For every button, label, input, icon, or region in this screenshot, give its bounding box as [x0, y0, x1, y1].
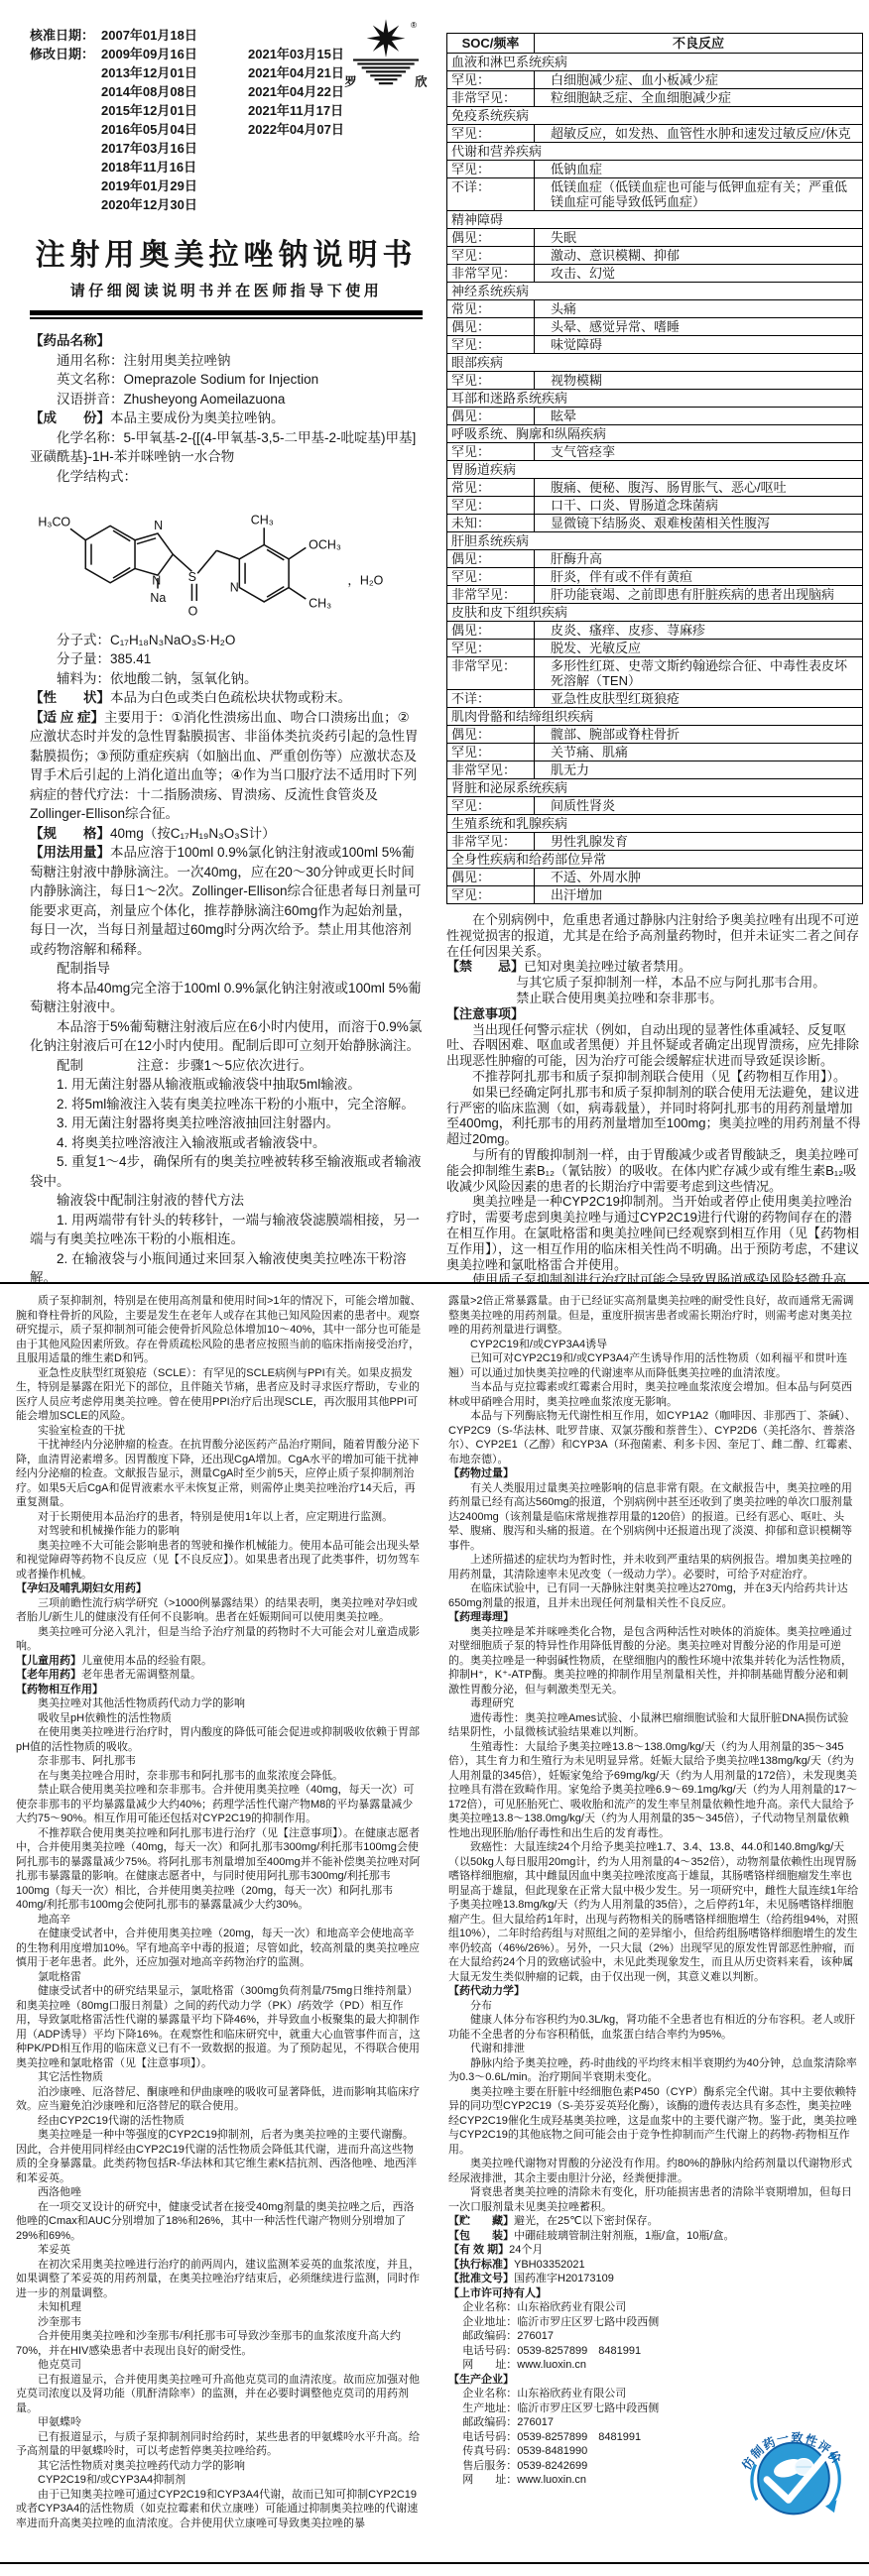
hydrate-label: ，H₂O — [347, 574, 383, 588]
frequency-cell: 非常罕见： — [447, 265, 535, 283]
frequency-cell: 罕见： — [447, 744, 535, 761]
table-row: 呼吸系统、胸廓和纵隔疾病 — [447, 425, 863, 443]
paragraph: 对驾驶和机械操作能力的影响 — [16, 1524, 423, 1539]
paragraph: 网 址：www.luoxin.cn — [448, 2358, 859, 2373]
reaction-cell: 不适、外周水肿 — [534, 869, 862, 886]
frequency-cell: 罕见： — [447, 161, 535, 178]
soc-section-cell: 呼吸系统、胸廓和纵隔疾病 — [447, 425, 863, 443]
paragraph: 毒理研究 — [448, 1697, 859, 1711]
paragraph: 上述所描述的症状均为暂时性，并未收到严重结果的病例报告。增加奥美拉唑的用药剂量，… — [448, 1553, 859, 1581]
paragraph: 他克莫司 — [16, 2358, 423, 2373]
atom-label-n1: N — [154, 519, 163, 532]
section-label: 【贮 藏】 — [448, 2215, 514, 2227]
paragraph: 本品与下列酶底物无代谢性相互作用，如CYP1A2（咖啡因、非那西丁、茶碱）、CY… — [448, 1409, 859, 1466]
table-row: 肾脏和泌尿系统疾病 — [447, 779, 863, 797]
section-label: 【用法用量】 — [30, 845, 110, 860]
section-label: 【禁 忌】 — [446, 959, 524, 974]
paragraph: 西洛他唑 — [16, 2185, 423, 2200]
table-row: 代谢和营养疾病 — [447, 143, 863, 161]
paragraph: 【药物相互作用】 — [16, 1683, 423, 1698]
frequency-cell: 罕见： — [447, 886, 535, 904]
chemical-structure: H₃CO N N Na S O CH₃ OCH₃ CH₃ N ，H₂O — [34, 490, 423, 629]
reaction-cell: 头痛 — [534, 300, 862, 318]
right-column: SOC/频率不良反应血液和淋巴系统疾病罕见：白细胞减少症、血小板减少症非常罕见：… — [434, 0, 869, 1282]
table-row: 神经系统疾病 — [447, 283, 863, 300]
table-row: 精神障碍 — [447, 211, 863, 229]
paragraph: 奥美拉唑是一种CYP2C19抑制剂。当开始或者停止使用奥美拉唑治疗时，需要考虑到… — [446, 1194, 863, 1272]
bottom-section: 质子泵抑制剂，特别是在使用高剂量和使用时间>1年的情况下，可能会增加髋、腕和脊柱… — [0, 1282, 869, 2576]
chemical-structure-diagram: H₃CO N N Na S O CH₃ OCH₃ CH₃ N ，H₂O — [34, 490, 415, 623]
frequency-cell: 偶见： — [447, 869, 535, 886]
frequency-cell: 非常罕见： — [447, 586, 535, 604]
table-header-cell: 不良反应 — [534, 34, 862, 54]
registered-mark: ® — [411, 21, 417, 30]
frequency-cell: 非常罕见： — [447, 833, 535, 851]
paragraph: 企业地址：临沂市罗庄区罗七路中段西侧 — [448, 2315, 859, 2330]
paragraph: 奥美拉唑可分泌入乳汁，但是当给予治疗剂量的药物时不大可能会对儿童造成影响。 — [16, 1625, 423, 1654]
paragraph: 2020年12月30日 — [101, 195, 248, 214]
approval-date-label: 核准日期： — [30, 26, 101, 45]
paragraph: 在使用奥美拉唑进行治疗时，胃内酸度的降低可能会促进或抑制吸收依赖于胃部pH值的活… — [16, 1725, 423, 1754]
paragraph: 如果已经确定阿扎那韦和质子泵抑制剂的联合使用无法避免，建议进行严密的临床监测（如… — [446, 1085, 863, 1147]
luoxin-logo-graphic: ® 罗 欣 — [343, 12, 429, 103]
atom-label-n3: N — [230, 580, 239, 594]
frequency-cell: 罕见： — [447, 497, 535, 515]
paragraph: 奈非那韦、阿扎那韦 — [16, 1754, 423, 1769]
paragraph: 已有报道显示，合并使用奥美拉唑可升高他克莫司的血清浓度。故而应加强对他克莫司浓度… — [16, 2373, 423, 2416]
paragraph: CYP2C19和/或CYP3A4抑制剂 — [16, 2473, 423, 2488]
frequency-cell: 偶见： — [447, 408, 535, 425]
paragraph: 2009年09月16日 — [101, 45, 248, 63]
section-label: 【批准文号】 — [448, 2273, 514, 2284]
reaction-cell: 肝酶升高 — [534, 550, 862, 568]
paragraph: 分布 — [448, 1999, 859, 2014]
table-row: 血液和淋巴系统疾病 — [447, 54, 863, 71]
paragraph: 英文名称：Omeprazole Sodium for Injection — [30, 370, 423, 390]
table-row: 罕见：白细胞减少症、血小板减少症 — [447, 71, 863, 89]
section-label: 【规 格】 — [30, 826, 110, 841]
paragraph: 2019年01月29日 — [101, 176, 248, 195]
frequency-cell: 偶见： — [447, 726, 535, 744]
paragraph: 在初次采用奥美拉唑进行治疗的前两周内，建议监测苯妥英的血浆浓度，并且，如果调整了… — [16, 2258, 423, 2301]
soc-section-cell: 全身性疾病和给药部位异常 — [447, 851, 863, 869]
soc-section-cell: 代谢和营养疾病 — [447, 143, 863, 161]
table-row: 非常罕见：攻击、幻觉 — [447, 265, 863, 283]
frequency-cell: 常见： — [447, 300, 535, 318]
paragraph: 禁止联合使用奥美拉唑和奈非那韦。 — [446, 991, 863, 1006]
paragraph: 奥美拉唑是苯并咪唑类化合物，是包含两种活性对映体的消旋体。奥美拉唑通过对壁细胞质… — [448, 1625, 859, 1698]
paragraph: 在临床试验中，已有同一天静脉注射奥美拉唑达270mg，并在3天内给药共计达650… — [448, 1581, 859, 1610]
paragraph: 已有报道显示，与质子泵抑制剂同时给药时，某些患者的甲氨蝶呤水平升高。给予高剂量的… — [16, 2430, 423, 2459]
reaction-cell: 髋部、腕部或脊柱骨折 — [534, 726, 862, 744]
soc-frequency-table: SOC/频率不良反应血液和淋巴系统疾病罕见：白细胞减少症、血小板减少症非常罕见：… — [446, 33, 863, 904]
paragraph: 化学结构式： — [30, 467, 423, 487]
table-row: 罕见：间质性肾炎 — [447, 797, 863, 815]
reaction-cell: 低钠血症 — [534, 161, 862, 178]
paragraph: 合并使用奥美拉唑和沙奎那韦/利托那韦可导致沙奎那韦的血浆浓度升高大约70%，并在… — [16, 2329, 423, 2358]
paragraph: 吸收呈pH依赖性的活性物质 — [16, 1711, 423, 1726]
table-row: 生殖系统和乳腺疾病 — [447, 815, 863, 833]
paragraph: 汉语拼音：Zhusheyong Aomeilazuona — [30, 390, 423, 410]
paragraph: 沙奎那韦 — [16, 2315, 423, 2330]
page-bottom-rule — [0, 2562, 869, 2564]
table-row: 免疫系统疾病 — [447, 107, 863, 125]
frequency-cell: 不详： — [447, 690, 535, 708]
reaction-cell: 视物模糊 — [534, 372, 862, 390]
paragraph: 1. 用两端带有针头的转移针，一端与输液袋滤膜端相接，另一端与有奥美拉唑冻干粉的… — [30, 1211, 423, 1249]
paragraph: 【禁 忌】已知对奥美拉唑过敏者禁用。 — [446, 959, 863, 975]
reaction-cell: 腹痛、便秘、腹泻、肠胃胀气、恶心/呕吐 — [534, 479, 862, 497]
table-row: 偶见：髋部、腕部或脊柱骨折 — [447, 726, 863, 744]
paragraph: 已知可对CYP2C19和/或CYP3A4产生诱导作用的活性物质（如利福平和贯叶连… — [448, 1351, 859, 1380]
paragraph: 输液袋中配制注射液的替代方法 — [30, 1191, 423, 1211]
paragraph: 苯妥英 — [16, 2243, 423, 2258]
paragraph: 不推荐联合使用奥美拉唑和阿扎那韦进行治疗（见【注意事项】）。在健康志愿者中，合并… — [16, 1826, 423, 1913]
table-row: 偶见：不适、外周水肿 — [447, 869, 863, 886]
paragraph: 5. 重复1～4步，确保所有的奥美拉唑被转移至输液瓶或者输液袋中。 — [30, 1152, 423, 1191]
paragraph: 分子量：385.41 — [30, 649, 423, 669]
revision-date-label: 修改日期： — [30, 45, 101, 214]
paragraph: 分子式：C₁₇H₁₈N₃NaO₃S·H₂O — [30, 631, 423, 650]
paragraph: 【执行标准】YBH03352021 — [448, 2258, 859, 2273]
paragraph: 亚急性皮肤型红斑狼疮（SCLE）：有罕见的SCLE病例与PPI有关。如果皮损发生… — [16, 1366, 423, 1424]
table-row: 肌肉骨骼和结缔组织疾病 — [447, 708, 863, 726]
reaction-cell: 间质性肾炎 — [534, 797, 862, 815]
approval-date-value: 2007年01月18日 — [101, 26, 197, 45]
soc-section-cell: 皮肤和皮下组织疾病 — [447, 604, 863, 622]
table-row: 偶见：失眠 — [447, 229, 863, 247]
paragraph: 其它活性物质 — [16, 2070, 423, 2085]
paragraph: 奥美拉唑是一种中等强度的CYP2C19抑制剂，后者为奥美拉唑的主要代谢酶。因此，… — [16, 2128, 423, 2185]
section-label: 【有 效 期】 — [448, 2244, 509, 2256]
paragraph: 【上市许可持有人】 — [448, 2286, 859, 2301]
paragraph: 其它活性物质对奥美拉唑药代动力学的影响 — [16, 2459, 423, 2474]
frequency-cell: 常见： — [447, 479, 535, 497]
page-title: 注射用奥美拉唑钠说明书 — [30, 230, 423, 274]
bottom-right-column: 露量>2倍正常暴露量。由于已经证实高剂量奥美拉唑的耐受性良好，故而通常无需调整奥… — [434, 1284, 869, 2576]
table-row: 罕见：脱发、光敏反应 — [447, 640, 863, 657]
paragraph: 邮政编码：276017 — [448, 2329, 859, 2344]
frequency-cell: 罕见： — [447, 336, 535, 354]
brand-char-left: 罗 — [344, 74, 356, 89]
package-insert-page: 核准日期： 2007年01月18日 修改日期： 2009年09月16日2013年… — [0, 0, 869, 2576]
section-label: 【适 应 症】 — [30, 710, 104, 725]
reaction-cell: 白细胞减少症、血小板减少症 — [534, 71, 862, 89]
frequency-cell: 偶见： — [447, 550, 535, 568]
reaction-cell: 粒细胞缺乏症、全血细胞减少症 — [534, 89, 862, 107]
reaction-cell: 低镁血症（低镁血症也可能与低钾血症有关；严重低镁血症可能导致低钙血症） — [534, 178, 862, 211]
paragraph: 肾衰患者奥美拉唑的清除未有变化，肝功能损害患者的清除半衰期增加，但每日一次口服剂… — [448, 2185, 859, 2214]
paragraph: 奥美拉唑对其他活性物质药代动力学的影响 — [16, 1697, 423, 1711]
paragraph: 2016年05月04日 — [101, 120, 248, 139]
paragraph: 在一项交叉设计的研究中，健康受试者在接受40mg剂量的奥美拉唑之后，西洛他唑的C… — [16, 2200, 423, 2244]
frequency-cell: 偶见： — [447, 229, 535, 247]
paragraph: 奥美拉唑代谢物对胃酸的分泌没有作用。约80%的静脉内给药剂量以代谢物形式经尿液排… — [448, 2157, 859, 2185]
paragraph: 2018年11月16日 — [101, 158, 248, 176]
paragraph: 【药品名称】 — [30, 331, 423, 351]
atom-label-na: Na — [150, 591, 166, 605]
paragraph: 【用法用量】本品应溶于100ml 0.9%氯化钠注射液或100ml 5%葡萄糖注… — [30, 843, 423, 959]
consistency-evaluation-logo: 仿制药一致性评价 — [730, 2403, 857, 2530]
reaction-cell: 关节痛、肌痛 — [534, 744, 862, 761]
section-label: 【包 装】 — [448, 2230, 514, 2242]
table-row: 偶见：皮炎、瘙痒、皮疹、荨麻疹 — [447, 622, 863, 640]
paragraph: 【孕妇及哺乳期妇女用药】 — [16, 1581, 423, 1596]
paragraph: 泊沙康唑、厄洛替尼、酮康唑和伊曲康唑的吸收可显著降低，进而影响其临床疗效。应当避… — [16, 2085, 423, 2114]
paragraph: 在与奥美拉唑合用时，奈非那韦和阿扎那韦的血浆浓度会降低。 — [16, 1769, 423, 1784]
paragraph: 【成 份】本品主要成份为奥美拉唑钠。 — [30, 409, 423, 428]
reaction-cell: 口干、口炎、胃肠道念珠菌病 — [534, 497, 862, 515]
section-label: 【成 份】 — [30, 410, 110, 425]
paragraph: 2. 将5ml输液注入装有奥美拉唑冻干粉的小瓶中，完全溶解。 — [30, 1095, 423, 1114]
table-row: 非常罕见：多形性红斑、史蒂文斯约翰逊综合征、中毒性表皮坏死溶解（TEN） — [447, 657, 863, 690]
soc-section-cell: 眼部疾病 — [447, 354, 863, 372]
frequency-cell: 偶见： — [447, 318, 535, 336]
paragraph: 三项前瞻性流行病学研究（>1000例暴露结果）的结果表明，奥美拉唑对孕妇或者胎儿… — [16, 1596, 423, 1625]
table-row: 未知：显微镜下结肠炎、艰难梭菌相关性腹泻 — [447, 515, 863, 532]
paragraph: 致癌性：大鼠连续24个月给予奥美拉唑1.7、3.4、13.8、44.0和140.… — [448, 1840, 859, 1984]
soc-section-cell: 胃肠道疾病 — [447, 461, 863, 479]
paragraph: 与所有的胃酸抑制剂一样，由于胃酸减少或者胃酸缺乏，奥美拉唑可能会抑制维生素B₁₂… — [446, 1147, 863, 1194]
paragraph: 2022年04月07日 — [248, 120, 395, 139]
section-label: 【注意事项】 — [446, 1006, 524, 1021]
paragraph: 在个别病例中，危重患者通过静脉内注射给予奥美拉唑有出现不可逆性视觉损害的报道，尤… — [446, 912, 863, 959]
section-label: 【老年用药】 — [16, 1669, 81, 1681]
frequency-cell: 罕见： — [447, 125, 535, 143]
table-row: 非常罕见：肝功能衰竭、之前即患有肝脏疾病的患者出现脑病 — [447, 586, 863, 604]
table-row: 常见：头痛 — [447, 300, 863, 318]
paragraph: 奥美拉唑主要在肝脏中经细胞色素P450（CYP）酶系完全代谢。其中主要依赖特异的… — [448, 2085, 859, 2158]
table-row: 罕见：肝炎，伴有或不伴有黄疸 — [447, 568, 863, 586]
reaction-cell: 激动、意识模糊、抑郁 — [534, 247, 862, 265]
paragraph: 2015年12月01日 — [101, 101, 248, 120]
paragraph: 实验室检查的干扰 — [16, 1424, 423, 1439]
soc-section-cell: 精神障碍 — [447, 211, 863, 229]
section-label: 【药代动力学】 — [448, 1985, 525, 1997]
frequency-cell: 罕见： — [447, 247, 535, 265]
soc-section-cell: 生殖系统和乳腺疾病 — [447, 815, 863, 833]
frequency-cell: 非常罕见： — [447, 761, 535, 779]
paragraph: 4. 将奥美拉唑溶液注入输液瓶或者输液袋中。 — [30, 1133, 423, 1153]
reaction-cell: 男性乳腺发育 — [534, 833, 862, 851]
section-label: 【性 状】 — [30, 690, 110, 705]
page-subtitle: 请仔细阅读说明书并在医师指导下使用 — [30, 280, 423, 300]
paragraph: 【批准文号】国药准字H20173109 — [448, 2272, 859, 2286]
frequency-cell: 偶见： — [447, 622, 535, 640]
paragraph: 在健康受试者中，合并使用奥美拉唑（20mg，每天一次）和地高辛会使地高辛的生物利… — [16, 1927, 423, 1970]
adverse-reaction-table: SOC/频率不良反应血液和淋巴系统疾病罕见：白细胞减少症、血小板减少症非常罕见：… — [446, 33, 863, 904]
paragraph: 企业名称：山东裕欣药业有限公司 — [448, 2387, 859, 2401]
composition-usage-section: 分子式：C₁₇H₁₈N₃NaO₃S·H₂O分子量：385.41辅料为：依地酸二钠… — [30, 631, 423, 1283]
paragraph: 配制指导 — [30, 959, 423, 979]
paragraph: 【有 效 期】24个月 — [448, 2243, 859, 2258]
paragraph: 辅料为：依地酸二钠，氢氧化钠。 — [30, 669, 423, 689]
paragraph: 【性 状】本品为白色或类白色疏松块状物或粉末。 — [30, 688, 423, 708]
atom-label-o: O — [188, 604, 198, 618]
brand-char-right: 欣 — [415, 74, 428, 89]
table-row: 不详：亚急性皮肤型红斑狼疮 — [447, 690, 863, 708]
frequency-cell: 非常罕见： — [447, 89, 535, 107]
soc-section-cell: 免疫系统疾病 — [447, 107, 863, 125]
reaction-cell: 显微镜下结肠炎、艰难梭菌相关性腹泻 — [534, 515, 862, 532]
paragraph: 代谢和排泄 — [448, 2042, 859, 2056]
bottom-left-column: 质子泵抑制剂，特别是在使用高剂量和使用时间>1年的情况下，可能会增加髋、腕和脊柱… — [0, 1284, 434, 2576]
table-row: 罕见：低钠血症 — [447, 161, 863, 178]
reaction-cell: 头晕、感觉异常、嗜睡 — [534, 318, 862, 336]
section-label: 【孕妇及哺乳期妇女用药】 — [16, 1582, 147, 1594]
consistency-evaluation-graphic: 仿制药一致性评价 — [730, 2403, 857, 2530]
table-row: 罕见：味觉障碍 — [447, 336, 863, 354]
paragraph: 3. 用无菌注射器将奥美拉唑溶液抽回注射器内。 — [30, 1113, 423, 1133]
paragraph: 使用质子泵抑制剂进行治疗时可能会导致胃肠道感染风险轻微升高，如沙门氏菌和弯曲杆菌… — [446, 1272, 863, 1282]
atom-label-s: S — [188, 570, 196, 584]
frequency-cell: 罕见： — [447, 372, 535, 390]
paragraph: 【贮 藏】避光，在25℃以下密封保存。 — [448, 2214, 859, 2229]
table-row: 非常罕见：肌无力 — [447, 761, 863, 779]
table-row: 偶见：眩晕 — [447, 408, 863, 425]
paragraph: 【注意事项】 — [446, 1006, 863, 1022]
luoxin-logo: ® 罗 欣 — [343, 12, 429, 103]
paragraph: 通用名称：注射用奥美拉唑钠 — [30, 351, 423, 371]
table-row: 肝胆系统疾病 — [447, 532, 863, 550]
paragraph: 经由CYP2C19代谢的活性物质 — [16, 2114, 423, 2129]
paragraph: 健康受试者中的研究结果显示，氯吡格雷（300mg负荷剂量/75mg日维持剂量）和… — [16, 1984, 423, 2070]
frequency-cell: 罕见： — [447, 443, 535, 461]
table-header-row: SOC/频率不良反应 — [447, 34, 863, 54]
section-label: 【上市许可持有人】 — [448, 2287, 547, 2299]
reaction-cell: 多形性红斑、史蒂文斯约翰逊综合征、中毒性表皮坏死溶解（TEN） — [534, 657, 862, 690]
section-label: 【药物相互作用】 — [16, 1684, 103, 1696]
paragraph: 健康人体分布容积约为0.3L/kg，肾功能不全患者也有相近的分布容积。老人或肝功… — [448, 2013, 859, 2042]
atom-label-n2: N — [152, 574, 161, 588]
paragraph: CYP2C19和/或CYP3A4诱导 — [448, 1338, 859, 1352]
paragraph: 当本品与克拉霉素或红霉素合用时，奥美拉唑血浆浓度会增加。但本品与阿莫西林或甲硝唑… — [448, 1380, 859, 1409]
paragraph: 未知机理 — [16, 2300, 423, 2315]
reaction-cell: 出汗增加 — [534, 886, 862, 904]
table-row: 胃肠道疾病 — [447, 461, 863, 479]
reaction-cell: 脱发、光敏反应 — [534, 640, 862, 657]
section-label: 【儿童用药】 — [16, 1655, 81, 1667]
reaction-cell: 眩晕 — [534, 408, 862, 425]
soc-section-cell: 血液和淋巴系统疾病 — [447, 54, 863, 71]
table-row: 偶见：头晕、感觉异常、嗜睡 — [447, 318, 863, 336]
paragraph: 对于长期使用本品治疗的患者，特别是使用1年以上者，应定期进行监测。 — [16, 1510, 423, 1525]
paragraph: 与其它质子泵抑制剂一样，本品不应与阿扎那韦合用。 — [446, 975, 863, 991]
frequency-cell: 罕见： — [447, 568, 535, 586]
table-row: 罕见：关节痛、肌痛 — [447, 744, 863, 761]
table-row: 罕见：出汗增加 — [447, 886, 863, 904]
soc-section-cell: 肝胆系统疾病 — [447, 532, 863, 550]
reaction-cell: 失眠 — [534, 229, 862, 247]
stripes-icon — [353, 59, 419, 84]
frequency-cell: 非常罕见： — [447, 657, 535, 690]
table-row: 耳部和迷路系统疾病 — [447, 390, 863, 408]
paragraph: 企业名称：山东裕欣药业有限公司 — [448, 2300, 859, 2315]
title-divider — [30, 310, 423, 319]
section-label: 【生产企业】 — [448, 2374, 514, 2386]
paragraph: 生殖毒性：大鼠给予奥美拉唑13.8～138.0mg/kg/天（约为人用剂量的35… — [448, 1740, 859, 1841]
reaction-cell: 肝炎，伴有或不伴有黄疸 — [534, 568, 862, 586]
paragraph: 氯吡格雷 — [16, 1970, 423, 1985]
paragraph: 1. 用无菌注射器从输液瓶或输液袋中抽取5ml输液。 — [30, 1075, 423, 1095]
frequency-cell: 罕见： — [447, 640, 535, 657]
star-icon — [367, 19, 406, 58]
paragraph: 遗传毒性：奥美拉唑Ames试验、小鼠淋巴瘤细胞试验和大鼠肝脏DNA损伤试验结果阴… — [448, 1711, 859, 1740]
paragraph: 【生产企业】 — [448, 2373, 859, 2388]
table-row: 罕见：激动、意识模糊、抑郁 — [447, 247, 863, 265]
paragraph: 电话号码：0539-8257899 8481991 — [448, 2344, 859, 2359]
left-column: 核准日期： 2007年01月18日 修改日期： 2009年09月16日2013年… — [0, 0, 434, 1282]
table-row: 常见：腹痛、便秘、腹泻、肠胃胀气、恶心/呕吐 — [447, 479, 863, 497]
paragraph: 露量>2倍正常暴露量。由于已经证实高剂量奥美拉唑的耐受性良好，故而通常无需调整奥… — [448, 1294, 859, 1338]
paragraph: 【适 应 症】主要用于：①消化性溃疡出血、吻合口溃疡出血；②应激状态时并发的急性… — [30, 708, 423, 824]
contraindication-precaution-section: 在个别病例中，危重患者通过静脉内注射给予奥美拉唑有出现不可逆性视觉损害的报道，尤… — [446, 912, 863, 1282]
reaction-cell: 支气管痉挛 — [534, 443, 862, 461]
paragraph: 质子泵抑制剂，特别是在使用高剂量和使用时间>1年的情况下，可能会增加髋、腕和脊柱… — [16, 1294, 423, 1366]
paragraph: 当出现任何警示症状（例如，自动出现的显著性体重减轻、反复呕吐、吞咽困难、呕血或者… — [446, 1022, 863, 1069]
atom-label-och3: OCH₃ — [309, 537, 341, 551]
reaction-cell: 味觉障碍 — [534, 336, 862, 354]
soc-section-cell: 耳部和迷路系统疾病 — [447, 390, 863, 408]
paragraph: 【儿童用药】儿童使用本品的经验有限。 — [16, 1654, 423, 1669]
frequency-cell: 罕见： — [447, 71, 535, 89]
paragraph: 有关人类服用过量奥美拉唑影响的信息非常有限。在文献报告中，奥美拉唑的用药剂量已经… — [448, 1481, 859, 1554]
table-row: 偶见：肝酶升高 — [447, 550, 863, 568]
paragraph: 【药代动力学】 — [448, 1984, 859, 1999]
paragraph: 2014年08月08日 — [101, 82, 248, 101]
paragraph: 本品溶于5%葡萄糖注射液后应在6小时内使用，而溶于0.9%氯化钠注射液后可在12… — [30, 1017, 423, 1056]
reaction-cell: 皮炎、瘙痒、皮疹、荨麻疹 — [534, 622, 862, 640]
section-label: 【药品名称】 — [30, 333, 110, 348]
table-row: 皮肤和皮下组织疾病 — [447, 604, 863, 622]
paragraph: 2021年11月17日 — [248, 101, 395, 120]
soc-section-cell: 肌肉骨骼和结缔组织疾病 — [447, 708, 863, 726]
paragraph: 不推荐阿扎那韦和质子泵抑制剂联合使用（见【药物相互作用】）。 — [446, 1069, 863, 1085]
table-row: 罕见：视物模糊 — [447, 372, 863, 390]
section-label: 【执行标准】 — [448, 2259, 514, 2271]
paragraph: 由于已知奥美拉唑可通过CYP2C19和CYP3A4代谢，故而已知可抑制CYP2C… — [16, 2488, 423, 2531]
drug-name-section: 【药品名称】通用名称：注射用奥美拉唑钠英文名称：Omeprazole Sodiu… — [30, 331, 423, 486]
reaction-cell: 亚急性皮肤型红斑狼疮 — [534, 690, 862, 708]
frequency-cell: 不详： — [447, 178, 535, 211]
section-label: 【药物过量】 — [448, 1467, 514, 1479]
paragraph: 【药理毒理】 — [448, 1610, 859, 1625]
atom-label-ch3-bot: CH₃ — [309, 597, 331, 611]
paragraph: 配制 注意：步骤1～5应依次进行。 — [30, 1056, 423, 1076]
reaction-cell: 攻击、幻觉 — [534, 265, 862, 283]
reaction-cell: 肌无力 — [534, 761, 862, 779]
revision-date-col1: 2009年09月16日2013年12月01日2014年08月08日2015年12… — [101, 45, 248, 214]
table-row: 不详：低镁血症（低镁血症也可能与低钾血症有关；严重低镁血症可能导致低钙血症） — [447, 178, 863, 211]
paragraph: 静脉内给予奥美拉唑，药-时曲线的平均终末相半衰期约为40分钟，总血浆清除率为0.… — [448, 2056, 859, 2085]
section-label: 【药理毒理】 — [448, 1611, 514, 1623]
paragraph: 【规 格】40mg（按C₁₇H₁₉N₃O₃S计） — [30, 824, 423, 844]
table-row: 眼部疾病 — [447, 354, 863, 372]
table-row: 罕见：超敏反应，如发热、血管性水肿和速发过敏反应/休克 — [447, 125, 863, 143]
reaction-cell: 肝功能衰竭、之前即患有肝脏疾病的患者出现脑病 — [534, 586, 862, 604]
table-row: 非常罕见：粒细胞缺乏症、全血细胞减少症 — [447, 89, 863, 107]
top-section: 核准日期： 2007年01月18日 修改日期： 2009年09月16日2013年… — [0, 0, 869, 1282]
paragraph: 2017年03月16日 — [101, 139, 248, 158]
reaction-cell: 超敏反应，如发热、血管性水肿和速发过敏反应/休克 — [534, 125, 862, 143]
atom-label-ch3-top: CH₃ — [251, 513, 274, 527]
paragraph: 禁止联合使用奥美拉唑和奈非那韦。合并使用奥美拉唑（40mg，每天一次）可使奈非那… — [16, 1783, 423, 1826]
paragraph: 【包 装】中硼硅玻璃管制注射剂瓶，1瓶/盒，10瓶/盒。 — [448, 2229, 859, 2244]
table-header-cell: SOC/频率 — [447, 34, 535, 54]
paragraph: 2. 在输液袋与小瓶间通过来回泵入输液使奥美拉唑冻干粉溶解。 — [30, 1249, 423, 1283]
table-row: 罕见：支气管痉挛 — [447, 443, 863, 461]
table-row: 罕见：口干、口炎、胃肠道念珠菌病 — [447, 497, 863, 515]
